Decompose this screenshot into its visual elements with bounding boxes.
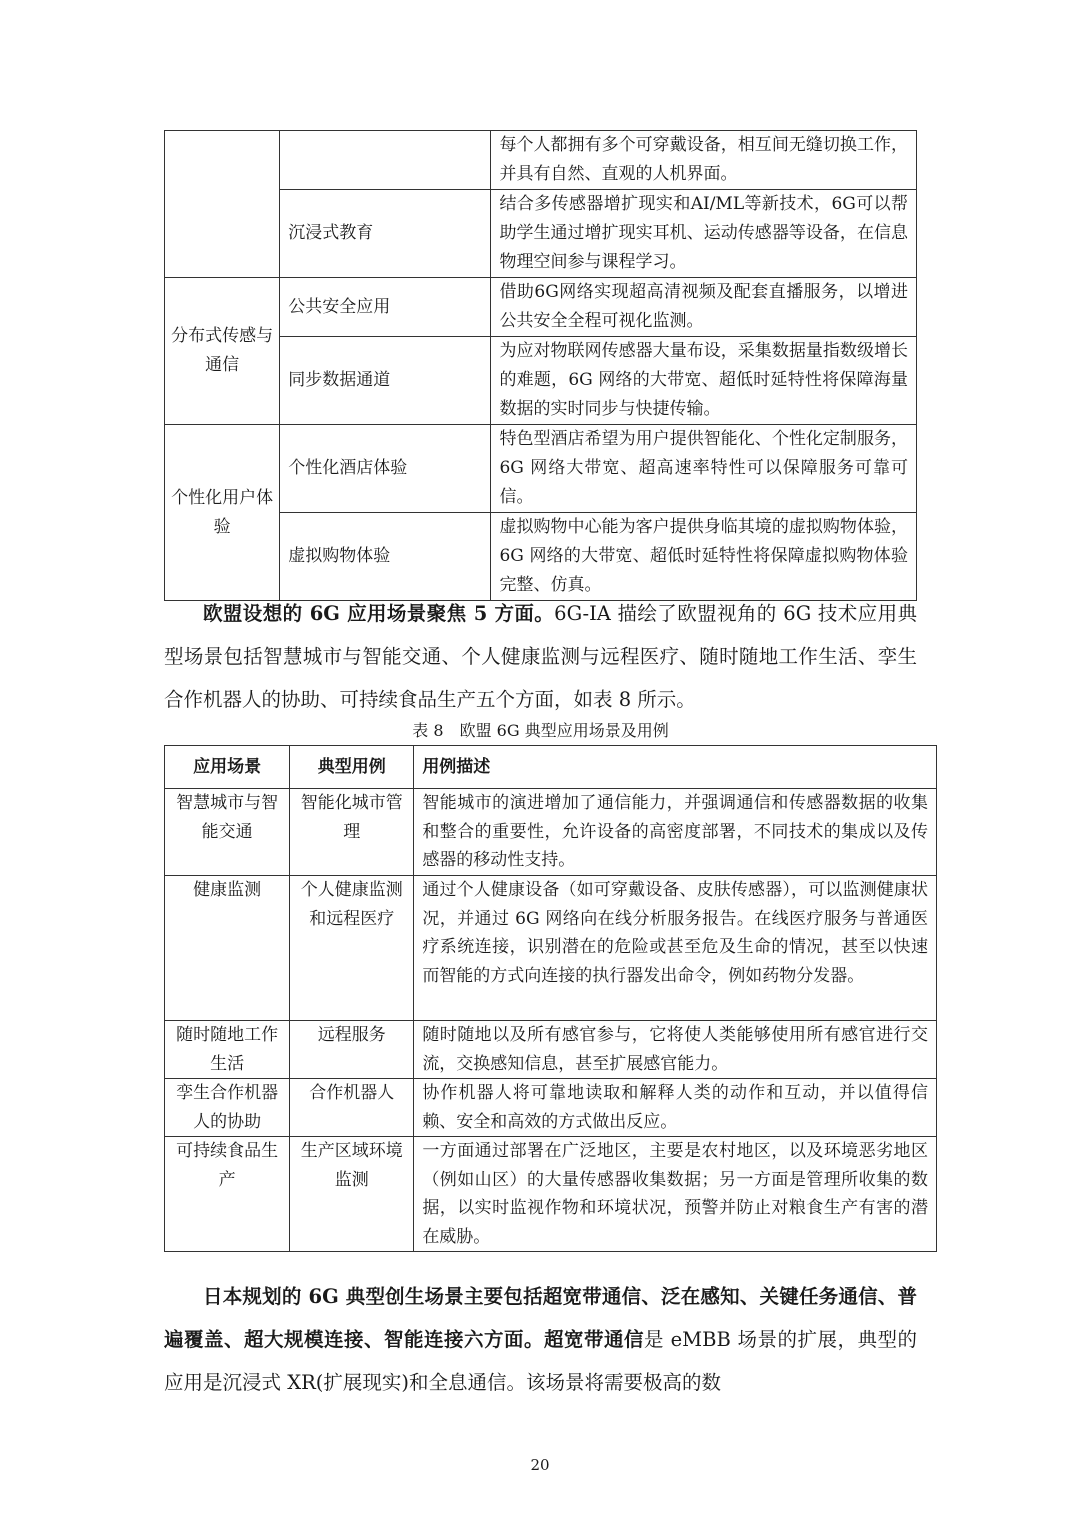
paragraph-japan: 日本规划的 6G 典型创生场景主要包括超宽带通信、泛在感知、关键任务通信、普遍覆…	[164, 1275, 917, 1404]
description-cell: 结合多传感器增扩现实和AI/ML等新技术，6G可以帮助学生通过增扩现实耳机、运动…	[491, 190, 917, 278]
use-case-cell: 远程服务	[290, 1021, 414, 1079]
table-row: 健康监测 个人健康监测和远程医疗 通过个人健康设备（如可穿戴设备、皮肤传感器），…	[165, 876, 937, 1021]
table-row: 每个人都拥有多个可穿戴设备，相互间无缝切换工作，并具有自然、直观的人机界面。	[165, 131, 917, 190]
use-case-cell: 公共安全应用	[280, 278, 491, 337]
description-cell: 协作机器人将可靠地读取和解释人类的动作和互动，并以值得信赖、安全和高效的方式做出…	[414, 1079, 937, 1137]
use-case-cell: 合作机器人	[290, 1079, 414, 1137]
description-cell: 通过个人健康设备（如可穿戴设备、皮肤传感器），可以监测健康状况，并通过 6G 网…	[414, 876, 937, 1021]
table-row: 分布式传感与通信 公共安全应用 借助6G网络实现超高清视频及配套直播服务，以增进…	[165, 278, 917, 337]
description-cell: 一方面通过部署在广泛地区，主要是农村地区，以及环境恶劣地区（例如山区）的大量传感…	[414, 1137, 937, 1252]
header-use-case: 典型用例	[290, 746, 414, 789]
description-cell: 为应对物联网传感器大量布设，采集数据量指数级增长的难题，6G 网络的大带宽、超低…	[491, 337, 917, 425]
paragraph-japan-bold-term: 超宽带通信	[544, 1328, 644, 1351]
use-case-cell: 个性化酒店体验	[280, 425, 491, 513]
category-cell: 个性化用户体验	[165, 425, 280, 601]
description-cell: 特色型酒店希望为用户提供智能化、个性化定制服务，6G 网络大带宽、超高速率特性可…	[491, 425, 917, 513]
use-case-cell	[280, 131, 491, 190]
use-case-cell: 同步数据通道	[280, 337, 491, 425]
description-cell: 虚拟购物中心能为客户提供身临其境的虚拟购物体验，6G 网络的大带宽、超低时延特性…	[491, 513, 917, 601]
header-scenario: 应用场景	[165, 746, 290, 789]
scenario-cell: 智慧城市与智能交通	[165, 789, 290, 876]
scenario-cell: 随时随地工作生活	[165, 1021, 290, 1079]
table-8: 应用场景 典型用例 用例描述 智慧城市与智能交通 智能化城市管理 智能城市的演进…	[164, 745, 937, 1252]
table-row: 孪生合作机器人的协助 合作机器人 协作机器人将可靠地读取和解释人类的动作和互动，…	[165, 1079, 937, 1137]
table-continued: 每个人都拥有多个可穿戴设备，相互间无缝切换工作，并具有自然、直观的人机界面。 沉…	[164, 130, 917, 601]
use-case-cell: 生产区域环境监测	[290, 1137, 414, 1252]
header-description: 用例描述	[414, 746, 937, 789]
table-row: 随时随地工作生活 远程服务 随时随地以及所有感官参与，它将使人类能够使用所有感官…	[165, 1021, 937, 1079]
use-case-cell: 沉浸式教育	[280, 190, 491, 278]
paragraph-eu: 欧盟设想的 6G 应用场景聚焦 5 方面。6G-IA 描绘了欧盟视角的 6G 技…	[164, 592, 917, 721]
table-header-row: 应用场景 典型用例 用例描述	[165, 746, 937, 789]
use-case-cell: 个人健康监测和远程医疗	[290, 876, 414, 1021]
scenario-cell: 可持续食品生产	[165, 1137, 290, 1252]
description-cell: 借助6G网络实现超高清视频及配套直播服务，以增进公共安全全程可视化监测。	[491, 278, 917, 337]
table-row: 智慧城市与智能交通 智能化城市管理 智能城市的演进增加了通信能力，并强调通信和传…	[165, 789, 937, 876]
category-cell	[165, 131, 280, 278]
table-row: 可持续食品生产 生产区域环境监测 一方面通过部署在广泛地区，主要是农村地区，以及…	[165, 1137, 937, 1252]
table-caption: 表 8 欧盟 6G 典型应用场景及用例	[164, 719, 917, 743]
use-case-cell: 智能化城市管理	[290, 789, 414, 876]
description-cell: 随时随地以及所有感官参与，它将使人类能够使用所有感官进行交流，交换感知信息，甚至…	[414, 1021, 937, 1079]
description-cell: 智能城市的演进增加了通信能力，并强调通信和传感器数据的收集和整合的重要性，允许设…	[414, 789, 937, 876]
table-row: 个性化用户体验 个性化酒店体验 特色型酒店希望为用户提供智能化、个性化定制服务，…	[165, 425, 917, 513]
scenario-cell: 健康监测	[165, 876, 290, 1021]
category-cell: 分布式传感与通信	[165, 278, 280, 425]
paragraph-eu-bold: 欧盟设想的 6G 应用场景聚焦 5 方面。	[203, 602, 554, 625]
scenario-cell: 孪生合作机器人的协助	[165, 1079, 290, 1137]
use-case-cell: 虚拟购物体验	[280, 513, 491, 601]
page-number: 20	[0, 1456, 1080, 1474]
description-cell: 每个人都拥有多个可穿戴设备，相互间无缝切换工作，并具有自然、直观的人机界面。	[491, 131, 917, 190]
